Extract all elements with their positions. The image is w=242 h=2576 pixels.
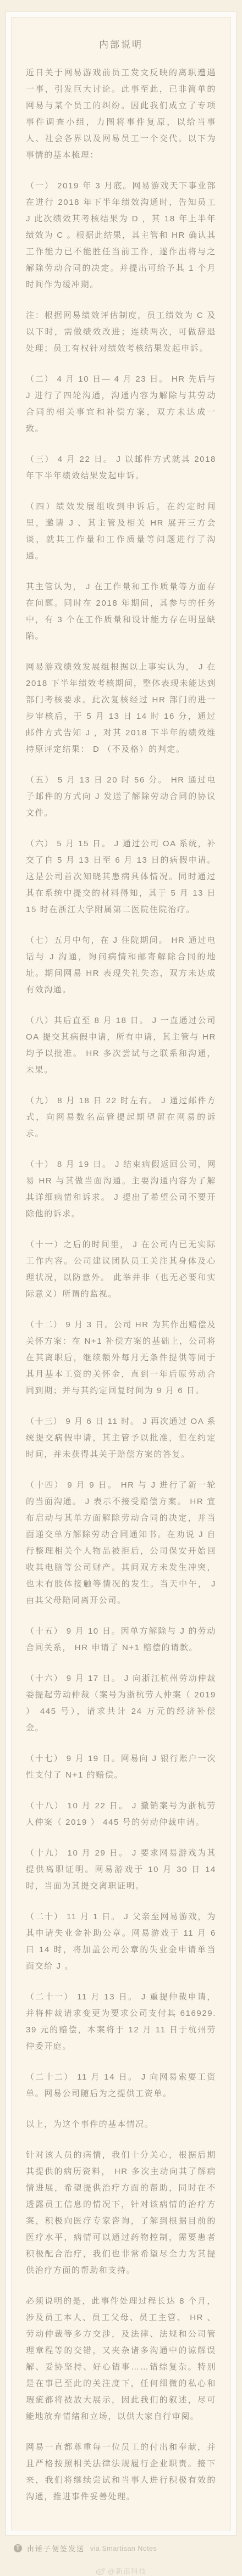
note-paragraph: （六） 5 月 15 日。 J 通过公司 OA 系统，补交了自 5 月 13 日… xyxy=(26,836,216,918)
note-paragraph: （十五） 9 月 10 日。因单方解除与 J 的劳动合同关系， HR 申请了 N… xyxy=(26,1623,216,1656)
smartisan-logo-icon: T xyxy=(14,2544,22,2552)
note-paragraph: （三） 4 月 22 日。 J 以邮件方式就其 2018 年下半年绩效结果发起申… xyxy=(26,451,216,484)
sent-via-label-en: via Smartisan Notes xyxy=(90,2545,157,2552)
note-paragraph: （二十二） 11 月 14 日。 J 向网易索要工资单。网易公司随后为之提供工资… xyxy=(26,2069,216,2102)
note-paragraph: （十七） 9 月 19 日。网易向 J 银行账户一次性支付了 N+1 的赔偿。 xyxy=(26,1751,216,1784)
note-paragraph: （二十） 11 月 1 日。 J 父亲至网易游戏，为其申请失业金补助公章。网易游… xyxy=(26,1909,216,1975)
note-paragraph: （十九） 10 月 29 日。 J 要求网易游戏为其提供离职证明。网易游戏于 1… xyxy=(26,1845,216,1895)
note-card: 内部说明 近日关于网易游戏前员工发文反映的离职遭遇一事，引发巨大讨论。此事至此，… xyxy=(6,12,236,2535)
note-paragraph: （十四） 9 月 9 日。 HR 与 J 进行了新一轮的当面沟通。 J 表示不接… xyxy=(26,1477,216,1609)
note-paragraph: （七）五月中旬，在 J 住院期间。 HR 通过电话与 J 沟通，询问病情和邮寄解… xyxy=(26,932,216,998)
note-paragraph: 针对该人员的病情，我们十分关心，根据后期其提供的病历资料， HR 多次主动向其了… xyxy=(26,2147,216,2279)
note-paragraph: （十八） 10 月 22 日。 J 撤销案号为浙杭劳人仲案（ 2019 ） 44… xyxy=(26,1798,216,1831)
note-paragraph: 近日关于网易游戏前员工发文反映的离职遭遇一事，引发巨大讨论。此事至此，已非简单的… xyxy=(26,65,216,164)
note-paragraph: 以上，为这个事件的基本情况。 xyxy=(26,2116,216,2133)
sent-via-label-cn: 由锤子便签发送 xyxy=(27,2543,85,2553)
note-paragraph: （八）其后直至 8 月 18 日。 J 一直通过公司 OA 提交其病假申请，所有… xyxy=(26,1013,216,1079)
note-paragraph: 网易游戏绩效发展组根据以上事实认为， J 在 2018 下半年绩效考核期间，整体… xyxy=(26,659,216,758)
watermark-text: @新浪科技 xyxy=(108,2566,146,2576)
note-paragraph: （十三） 9 月 6 日 11 时。 J 再次通过 OA 系统提交病假申请，其主… xyxy=(26,1413,216,1463)
note-screenshot: 内部说明 近日关于网易游戏前员工发文反映的离职遭遇一事，引发巨大讨论。此事至此，… xyxy=(0,0,242,2576)
note-title: 内部说明 xyxy=(26,37,216,51)
note-body: 近日关于网易游戏前员工发文反映的离职遭遇一事，引发巨大讨论。此事至此，已非简单的… xyxy=(26,65,216,2505)
note-paragraph: （二） 4 月 10 日— 4 月 23 日。 HR 先后与 J 进行了四轮沟通… xyxy=(26,371,216,437)
note-paragraph: （十） 8 月 19 日。 J 结束病假返回公司，网易 HR 与其做当面沟通。主… xyxy=(26,1156,216,1222)
note-paragraph: （十一）之后的时间里， J 在公司内已无实际工作内容。公司建议团队员工关注其身体… xyxy=(26,1237,216,1303)
note-footer: T 由锤子便签发送 via Smartisan Notes xyxy=(0,2535,242,2553)
note-paragraph: （一） 2019 年 3 月底。网易游戏天下事业部在进行 2018 年下半年绩效… xyxy=(26,178,216,293)
note-paragraph: （四）绩效发展组收到申诉后，在约定时间里，邀请 J 、其主管及相关 HR 展开三… xyxy=(26,499,216,565)
note-paragraph: 注：根据网易绩效评估制度，员工绩效为 C 及以下时，需做绩效改进；连续两次，可做… xyxy=(26,308,216,357)
note-paragraph: （十六） 9 月 17 日。 J 向浙江杭州劳动仲裁委提起劳动仲裁（案号为浙杭劳… xyxy=(26,1670,216,1736)
weibo-icon xyxy=(96,2567,106,2575)
note-paragraph: （二十一） 11 月 13 日。 J 重提仲裁申请，并将仲裁请求变更为要求公司支… xyxy=(26,1989,216,2055)
note-paragraph: （九） 8 月 18 日 22 时左右。 J 通过邮件方式，向网易数名高管提起期… xyxy=(26,1093,216,1142)
note-paragraph: （十二） 9 月 3 日。公司 HR 为其作出赔偿及关怀方案：在 N+1 补偿方… xyxy=(26,1317,216,1399)
note-paragraph: 其主管认为， J 在工作量和工作质量等方面存在问题。同时在 2018 年期间，其… xyxy=(26,579,216,645)
note-paragraph: 必须说明的是，此事件处理过程长达 8 个月，涉及员工本人、员工父母、员工主管、 … xyxy=(26,2293,216,2425)
note-paragraph: （五） 5 月 13 日 20 时 56 分。 HR 通过电子邮件的方式向 J … xyxy=(26,772,216,822)
weibo-watermark: @新浪科技 xyxy=(0,2566,242,2576)
note-paragraph: 网易一直都尊重每一位员工的付出和奉献，并且严格按照相关法律法规履行企业职责。接下… xyxy=(26,2439,216,2505)
